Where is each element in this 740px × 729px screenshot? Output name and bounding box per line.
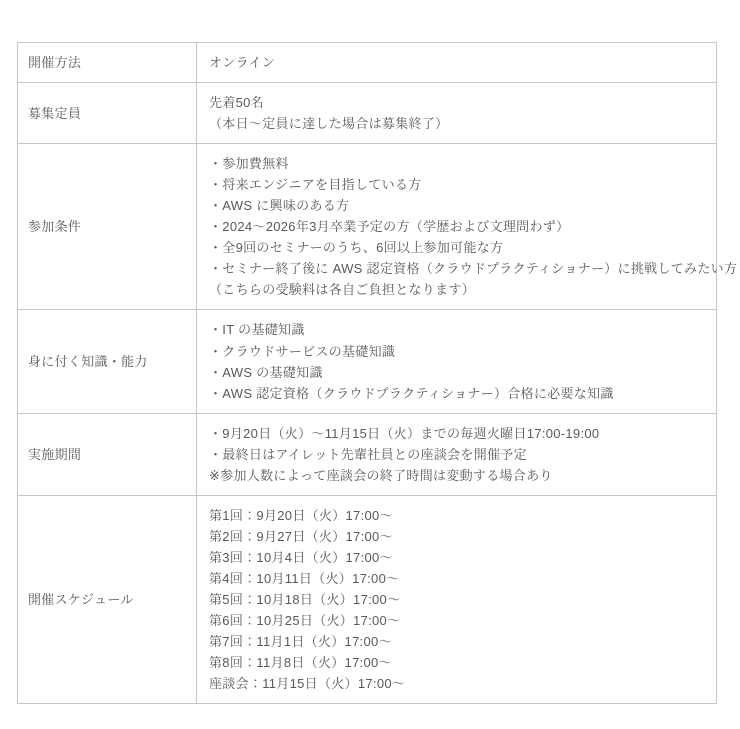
cell-line: ・AWS に興味のある方 bbox=[209, 195, 704, 216]
table-row: 開催方法オンライン bbox=[18, 43, 717, 83]
cell-line: ・2024〜2026年3月卒業予定の方（学歴および文理問わず） bbox=[209, 216, 704, 237]
cell-line: ・将来エンジニアを目指している方 bbox=[209, 174, 704, 195]
row-label: 実施期間 bbox=[18, 413, 197, 495]
row-label: 参加条件 bbox=[18, 144, 197, 310]
cell-line: 座談会：11月15日（火）17:00〜 bbox=[209, 673, 704, 694]
table-row: 募集定員先着50名（本日〜定員に達した場合は募集終了） bbox=[18, 83, 717, 144]
cell-line: ・最終日はアイレット先輩社員との座談会を開催予定 bbox=[209, 444, 704, 465]
cell-line: 第1回：9月20日（火）17:00〜 bbox=[209, 505, 704, 526]
row-label: 開催方法 bbox=[18, 43, 197, 83]
cell-line: ※参加人数によって座談会の終了時間は変動する場合あり bbox=[209, 465, 704, 486]
cell-line: ・9月20日（火）〜11月15日（火）までの毎週火曜日17:00-19:00 bbox=[209, 423, 704, 444]
cell-line: ・全9回のセミナーのうち、6回以上参加可能な方 bbox=[209, 237, 704, 258]
table-row: 実施期間・9月20日（火）〜11月15日（火）までの毎週火曜日17:00-19:… bbox=[18, 413, 717, 495]
page: 開催方法オンライン募集定員先着50名（本日〜定員に達した場合は募集終了）参加条件… bbox=[0, 0, 740, 729]
cell-line: 第3回：10月4日（火）17:00〜 bbox=[209, 547, 704, 568]
cell-line: 第8回：11月8日（火）17:00〜 bbox=[209, 652, 704, 673]
info-table-body: 開催方法オンライン募集定員先着50名（本日〜定員に達した場合は募集終了）参加条件… bbox=[18, 43, 717, 704]
row-content: ・参加費無料・将来エンジニアを目指している方・AWS に興味のある方・2024〜… bbox=[197, 144, 717, 310]
row-label: 開催スケジュール bbox=[18, 495, 197, 703]
table-row: 身に付く知識・能力・IT の基礎知識・クラウドサービスの基礎知識・AWS の基礎… bbox=[18, 310, 717, 413]
cell-line: ・参加費無料 bbox=[209, 153, 704, 174]
cell-line: ・AWS の基礎知識 bbox=[209, 362, 704, 383]
row-content: ・9月20日（火）〜11月15日（火）までの毎週火曜日17:00-19:00・最… bbox=[197, 413, 717, 495]
cell-line: 先着50名 bbox=[209, 92, 704, 113]
row-label: 身に付く知識・能力 bbox=[18, 310, 197, 413]
row-content: 先着50名（本日〜定員に達した場合は募集終了） bbox=[197, 83, 717, 144]
cell-line: ・AWS 認定資格（クラウドプラクティショナー）合格に必要な知識 bbox=[209, 383, 704, 404]
row-label: 募集定員 bbox=[18, 83, 197, 144]
cell-line: オンライン bbox=[209, 52, 704, 73]
cell-line: （こちらの受験料は各自ご負担となります） bbox=[209, 279, 704, 300]
table-row: 参加条件・参加費無料・将来エンジニアを目指している方・AWS に興味のある方・2… bbox=[18, 144, 717, 310]
cell-line: 第5回：10月18日（火）17:00〜 bbox=[209, 589, 704, 610]
cell-line: ・クラウドサービスの基礎知識 bbox=[209, 341, 704, 362]
table-row: 開催スケジュール第1回：9月20日（火）17:00〜第2回：9月27日（火）17… bbox=[18, 495, 717, 703]
cell-line: 第4回：10月11日（火）17:00〜 bbox=[209, 568, 704, 589]
cell-line: 第2回：9月27日（火）17:00〜 bbox=[209, 526, 704, 547]
row-content: ・IT の基礎知識・クラウドサービスの基礎知識・AWS の基礎知識・AWS 認定… bbox=[197, 310, 717, 413]
row-content: 第1回：9月20日（火）17:00〜第2回：9月27日（火）17:00〜第3回：… bbox=[197, 495, 717, 703]
cell-line: 第6回：10月25日（火）17:00〜 bbox=[209, 610, 704, 631]
seminar-info-table: 開催方法オンライン募集定員先着50名（本日〜定員に達した場合は募集終了）参加条件… bbox=[17, 42, 717, 704]
cell-line: 第7回：11月1日（火）17:00〜 bbox=[209, 631, 704, 652]
cell-line: （本日〜定員に達した場合は募集終了） bbox=[209, 113, 704, 134]
cell-line: ・セミナー終了後に AWS 認定資格（クラウドプラクティショナー）に挑戦してみた… bbox=[209, 258, 704, 279]
cell-line: ・IT の基礎知識 bbox=[209, 319, 704, 340]
row-content: オンライン bbox=[197, 43, 717, 83]
